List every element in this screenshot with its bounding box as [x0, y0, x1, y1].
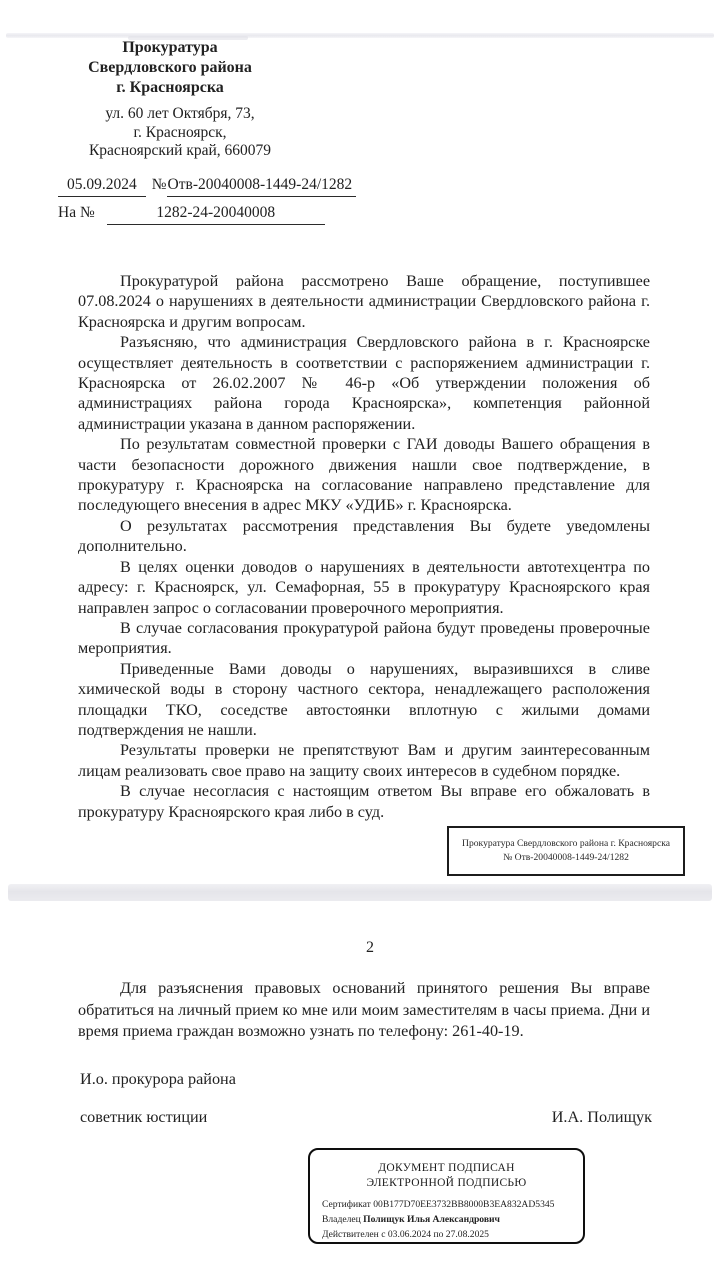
esign-owner-label: Владелец	[322, 1214, 361, 1225]
reply-label: На №	[58, 204, 95, 221]
signer-name: И.А. Полищук	[552, 1108, 652, 1127]
signer-position: И.о. прокурора района	[80, 1070, 236, 1089]
esign-title: ДОКУМЕНТ ПОДПИСАН ЭЛЕКТРОННОЙ ПОДПИСЬЮ	[310, 1161, 583, 1190]
body-paragraph: По результатам совместной проверки с ГАИ…	[78, 434, 650, 516]
signer-rank: советник юстиции	[80, 1108, 207, 1127]
body-paragraph: Для разъяснения правовых оснований приня…	[78, 978, 650, 1043]
body-paragraph: В случае согласования прокуратурой район…	[78, 618, 650, 659]
esign-title-line: ЭЛЕКТРОННОЙ ПОДПИСЬЮ	[310, 1176, 583, 1191]
esign-validity-line: Действителен с 03.06.2024 по 27.08.2025	[322, 1228, 583, 1243]
body-paragraph: Приведенные Вами доводы о нарушениях, вы…	[78, 659, 650, 741]
body-paragraph: В случае несогласия с настоящим ответом …	[78, 781, 650, 822]
address-line: ул. 60 лет Октября, 73,	[0, 105, 360, 124]
body-paragraph: Результаты проверки не препятствуют Вам …	[78, 740, 650, 781]
number-sign: №	[152, 176, 167, 193]
org-line: Прокуратура	[0, 38, 340, 58]
incoming-reference-line: На №1282-24-20040008	[58, 204, 325, 225]
org-line: г. Красноярска	[0, 78, 340, 98]
outgoing-number: Отв-20040008-1449-24/1282	[167, 176, 357, 197]
incoming-number: 1282-24-20040008	[107, 204, 325, 225]
signature-row: советник юстиции И.А. Полищук	[80, 1108, 652, 1127]
page-separator	[8, 884, 712, 901]
letter-body: Прокуратурой района рассмотрено Ваше обр…	[78, 271, 650, 822]
letterhead-address: ул. 60 лет Октября, 73, г. Красноярск, К…	[0, 105, 360, 161]
esign-certificate-value: 00B177D70EE3732BB8000B3EA832AD5345	[373, 1199, 554, 1210]
body-paragraph: О результатах рассмотрения представления…	[78, 516, 650, 557]
body-paragraph: В целях оценки доводов о нарушениях в де…	[78, 557, 650, 618]
outgoing-date: 05.09.2024	[58, 176, 146, 197]
letterhead-organization: Прокуратура Свердловского района г. Крас…	[0, 38, 340, 98]
esign-certificate-line: Сертификат 00B177D70EE3732BB8000B3EA832A…	[322, 1198, 583, 1213]
esign-owner-value: Полищук Илья Александрович	[363, 1214, 500, 1225]
page-number: 2	[10, 939, 720, 957]
address-line: Красноярский край, 660079	[0, 142, 360, 161]
esign-validity-label: Действителен с	[322, 1229, 385, 1240]
esign-valid-to: 27.08.2025	[446, 1229, 489, 1240]
esign-title-line: ДОКУМЕНТ ПОДПИСАН	[310, 1161, 583, 1176]
org-line: Свердловского района	[0, 58, 340, 78]
esign-valid-from: 03.06.2024	[388, 1229, 431, 1240]
registration-stamp-number: № Отв-20040008-1449-24/1282	[449, 851, 683, 865]
outgoing-reference-line: 05.09.2024№Отв-20040008-1449-24/1282	[58, 176, 356, 197]
esign-certificate-label: Сертификат	[322, 1199, 371, 1210]
body-paragraph: Разъясняю, что администрация Свердловско…	[78, 332, 650, 434]
reception-info: Для разъяснения правовых оснований приня…	[78, 978, 650, 1043]
esign-details: Сертификат 00B177D70EE3732BB8000B3EA832A…	[322, 1198, 583, 1242]
body-paragraph: Прокуратурой района рассмотрено Ваше обр…	[78, 271, 650, 332]
registration-stamp-org: Прокуратура Свердловского района г. Крас…	[449, 837, 683, 851]
registration-stamp: Прокуратура Свердловского района г. Крас…	[447, 826, 685, 876]
esign-valid-mid: по	[433, 1229, 443, 1240]
esign-stamp: ДОКУМЕНТ ПОДПИСАН ЭЛЕКТРОННОЙ ПОДПИСЬЮ С…	[308, 1148, 585, 1244]
scanned-letter: { "colors": { "text": "#212121", "separa…	[0, 0, 720, 1280]
address-line: г. Красноярск,	[0, 124, 360, 143]
esign-owner-line: Владелец Полищук Илья Александрович	[322, 1213, 583, 1228]
